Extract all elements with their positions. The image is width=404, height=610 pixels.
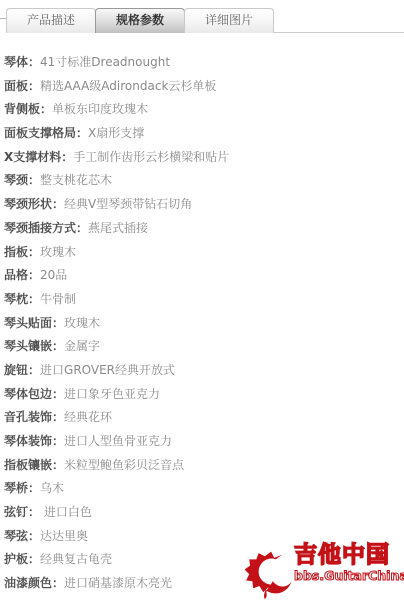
spec-row: 琴桥：乌木 — [4, 477, 404, 501]
spec-row: 油漆颜色：进口硝基漆原木亮光 — [4, 572, 404, 596]
spec-value: 牛骨制 — [40, 292, 76, 306]
spec-row: 琴头镶嵌：金属字 — [4, 335, 404, 359]
tab-detail-images[interactable]: 详细图片 — [184, 8, 274, 33]
spec-label: 面板： — [4, 79, 40, 93]
spec-label: 琴桥： — [4, 481, 40, 495]
spec-value: 米粒型鲍鱼彩贝泛音点 — [64, 458, 184, 472]
spec-value: 进口象牙色亚克力 — [64, 387, 160, 401]
spec-label: 琴颈： — [4, 173, 40, 187]
spec-label: 指板镶嵌： — [4, 458, 64, 472]
spec-label: 背侧板： — [4, 102, 52, 116]
spec-value: X扇形支撑 — [88, 126, 144, 140]
spec-row: 琴头贴面：玫瑰木 — [4, 312, 404, 336]
spec-row: 琴枕：牛骨制 — [4, 288, 404, 312]
spec-label: 护板： — [4, 552, 40, 566]
spec-row: 护板：经典复古龟壳 — [4, 548, 404, 572]
spec-label: 琴枕： — [4, 292, 40, 306]
spec-row: 面板：精选AAA级Adirondack云杉单板 — [4, 75, 404, 99]
spec-label: 指板： — [4, 245, 40, 259]
spec-row: 背侧板：单板东印度玫瑰木 — [4, 98, 404, 122]
spec-label: 琴颈形状： — [4, 197, 64, 211]
spec-row: 琴颈插接方式：燕尾式插接 — [4, 217, 404, 241]
spec-row: 弦钉： 进口白色 — [4, 501, 404, 525]
spec-value: 燕尾式插接 — [88, 221, 148, 235]
spec-label: 品格： — [4, 268, 40, 282]
spec-value: 进口硝基漆原木亮光 — [64, 576, 172, 590]
spec-list: 琴体：41寸标准Dreadnought面板：精选AAA级Adirondack云杉… — [0, 33, 404, 596]
spec-label: 弦钉： — [4, 505, 40, 519]
tab-product-description[interactable]: 产品描述 — [6, 8, 96, 33]
spec-value: 进口白色 — [40, 505, 92, 519]
spec-label: 面板支撑格局： — [4, 126, 88, 140]
spec-label: 音孔装饰： — [4, 410, 64, 424]
spec-value: 41寸标准Dreadnought — [40, 55, 170, 69]
spec-value: 经典花环 — [64, 410, 112, 424]
spec-label: 旋钮： — [4, 363, 40, 377]
spec-row: 旋钮：进口GROVER经典开放式 — [4, 359, 404, 383]
spec-label: 琴头贴面： — [4, 316, 64, 330]
spec-row: 琴体装饰：进口人型鱼骨亚克力 — [4, 430, 404, 454]
spec-value: 进口人型鱼骨亚克力 — [64, 434, 172, 448]
spec-row: X支撑材料：手工制作齿形云杉横梁和贴片 — [4, 146, 404, 170]
spec-value: 单板东印度玫瑰木 — [52, 102, 148, 116]
spec-value: 整支桃花芯木 — [40, 173, 112, 187]
spec-value: 金属字 — [64, 339, 100, 353]
spec-value: 玫瑰木 — [64, 316, 100, 330]
spec-row: 琴弦：达达里奥 — [4, 525, 404, 549]
spec-row: 琴颈形状：经典V型琴颈带钻石切角 — [4, 193, 404, 217]
spec-value: 精选AAA级Adirondack云杉单板 — [40, 79, 216, 93]
tab-bar-baseline — [273, 32, 404, 33]
spec-label: 琴弦： — [4, 529, 40, 543]
spec-value: 经典复古龟壳 — [40, 552, 112, 566]
tab-specifications[interactable]: 规格参数 — [95, 8, 185, 33]
spec-label: 琴颈插接方式： — [4, 221, 88, 235]
spec-label: 琴体装饰： — [4, 434, 64, 448]
spec-row: 琴体：41寸标准Dreadnought — [4, 51, 404, 75]
spec-label: 琴体包边： — [4, 387, 64, 401]
spec-label: 琴头镶嵌： — [4, 339, 64, 353]
spec-value: 经典V型琴颈带钻石切角 — [64, 197, 192, 211]
spec-value: 达达里奥 — [40, 529, 88, 543]
spec-row: 指板镶嵌：米粒型鲍鱼彩贝泛音点 — [4, 454, 404, 478]
spec-label: 油漆颜色： — [4, 576, 64, 590]
spec-label: 琴体： — [4, 55, 40, 69]
spec-row: 琴颈：整支桃花芯木 — [4, 169, 404, 193]
spec-value: 20品 — [40, 268, 67, 282]
spec-value: 进口GROVER经典开放式 — [40, 363, 175, 377]
spec-value: 乌木 — [40, 481, 64, 495]
spec-label: X支撑材料： — [4, 150, 73, 164]
spec-value: 手工制作齿形云杉横梁和贴片 — [73, 150, 229, 164]
spec-row: 面板支撑格局：X扇形支撑 — [4, 122, 404, 146]
spec-row: 品格：20品 — [4, 264, 404, 288]
spec-row: 音孔装饰：经典花环 — [4, 406, 404, 430]
spec-row: 琴体包边：进口象牙色亚克力 — [4, 383, 404, 407]
spec-value: 玫瑰木 — [40, 245, 76, 259]
spec-row: 指板：玫瑰木 — [4, 241, 404, 265]
tab-bar: 产品描述 规格参数 详细图片 — [0, 0, 404, 33]
